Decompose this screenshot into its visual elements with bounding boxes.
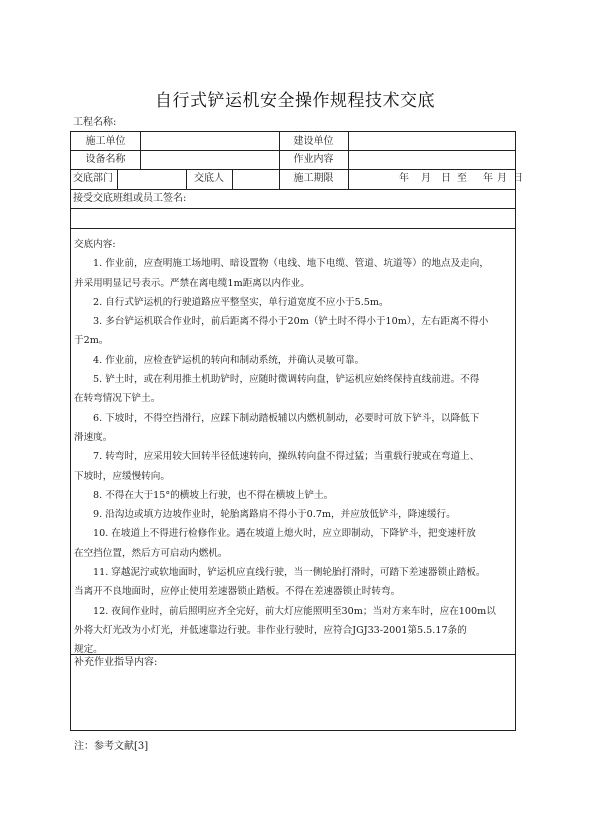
date-part: 年	[483, 169, 493, 188]
discloser-label: 交底人	[186, 169, 232, 189]
disclosure-dept-label: 交底部门	[73, 169, 117, 189]
client-unit-field[interactable]	[349, 132, 515, 150]
content-label: 交底内容:	[74, 235, 509, 254]
content-line: 11. 穿越泥泞或软地面时，铲运机应直线行驶，当一侧轮胎打滑时，可踏下差速器锁止…	[74, 563, 509, 582]
content-line: 1. 作业前，应查明施工场地明、暗设置物（电线、地下电缆、管道、坑道等）的地点及…	[74, 254, 509, 273]
reference-note: 注：参考文献[3]	[74, 737, 148, 752]
date-part: 至	[457, 169, 467, 188]
content-line: 10. 在坡道上不得进行检修作业。遇在坡道上熄火时，应立即制动，下降铲斗，把变速…	[74, 524, 509, 543]
equipment-name-field[interactable]	[141, 150, 279, 169]
signature-label: 接受交底班组或员工签名:	[73, 189, 515, 208]
content-line: 在转弯情况下铲土。	[74, 389, 509, 408]
content-line: 9. 沿沟边或填方边坡作业时，轮胎离路肩不得小于0.7m，并应放低铲斗，降速缓行…	[74, 505, 509, 524]
disclosure-dept-field[interactable]	[118, 169, 186, 189]
equipment-name-label: 设备名称	[71, 150, 140, 169]
content-line: 在空挡位置，然后方可启动内燃机。	[74, 544, 509, 563]
content-line: 并采用明显记号表示。严禁在离电缆1m距离以内作业。	[74, 274, 509, 293]
date-part: 日	[513, 169, 523, 188]
supplement-label: 补充作业指导内容:	[74, 655, 157, 671]
disclosure-form-table: 施工单位 建设单位 设备名称 作业内容 交底部门 交底人 施工期限 年 月 日 …	[70, 131, 516, 731]
document-title: 自行式铲运机安全操作规程技术交底	[0, 86, 590, 111]
construction-period-field[interactable]: 年 月 日 至 年 月 日	[349, 169, 517, 188]
content-line: 外将大灯光改为小灯光，并低速靠边行驶。非作业行驶时，应符合JGJ33-2001第…	[74, 621, 509, 640]
disclosure-content: 交底内容: 1. 作业前，应查明施工场地明、暗设置物（电线、地下电缆、管道、坑道…	[74, 235, 509, 660]
content-line: 7. 转弯时，应采用较大回转半径低速转向，操纵转向盘不得过猛；当重载行驶或在弯道…	[74, 447, 509, 466]
date-part: 年	[399, 169, 409, 188]
content-line: 下坡时，应缓慢转向。	[74, 467, 509, 486]
discloser-field[interactable]	[233, 169, 279, 189]
content-line: 滑速度。	[74, 428, 509, 447]
content-line: 2. 自行式铲运机的行驶道路应平整坚实，单行道宽度不应小于5.5m。	[74, 293, 509, 312]
content-line: 4. 作业前，应检查铲运机的转向和制动系统，并确认灵敏可靠。	[74, 351, 509, 370]
construction-unit-label: 施工单位	[71, 132, 140, 150]
content-line: 5. 铲土时，或在利用推土机助铲时，应随时微调转向盘，铲运机应始终保持直线前进。…	[74, 370, 509, 389]
row-divider	[71, 228, 515, 229]
content-line: 3. 多台铲运机联合作业时，前后距离不得小于20m（铲土时不得小于10m），左右…	[74, 312, 509, 331]
supplement-field[interactable]	[71, 672, 515, 730]
construction-unit-field[interactable]	[141, 132, 279, 150]
construction-period-label: 施工期限	[279, 169, 348, 189]
content-line: 当离开不良地面时，应停止使用差速器锁止踏板。不得在差速器锁止时转弯。	[74, 582, 509, 601]
project-name-label: 工程名称:	[73, 113, 116, 128]
date-part: 月	[497, 169, 507, 188]
work-content-field[interactable]	[349, 150, 515, 169]
content-line: 6. 下坡时，不得空挡滑行，应踩下制动踏板辅以内燃机制动，必要时可放下铲斗，以降…	[74, 409, 509, 428]
date-part: 日	[441, 169, 451, 188]
content-line: 8. 不得在大于15°的横坡上行驶，也不得在横坡上铲土。	[74, 486, 509, 505]
client-unit-label: 建设单位	[279, 132, 348, 150]
work-content-label: 作业内容	[279, 150, 348, 169]
date-part: 月	[421, 169, 431, 188]
content-line: 于2m。	[74, 331, 509, 350]
signature-field[interactable]	[73, 209, 515, 228]
content-line: 12. 夜间作业时，前后照明应齐全完好，前大灯应能照明至30m；当对方来车时，应…	[74, 602, 509, 621]
